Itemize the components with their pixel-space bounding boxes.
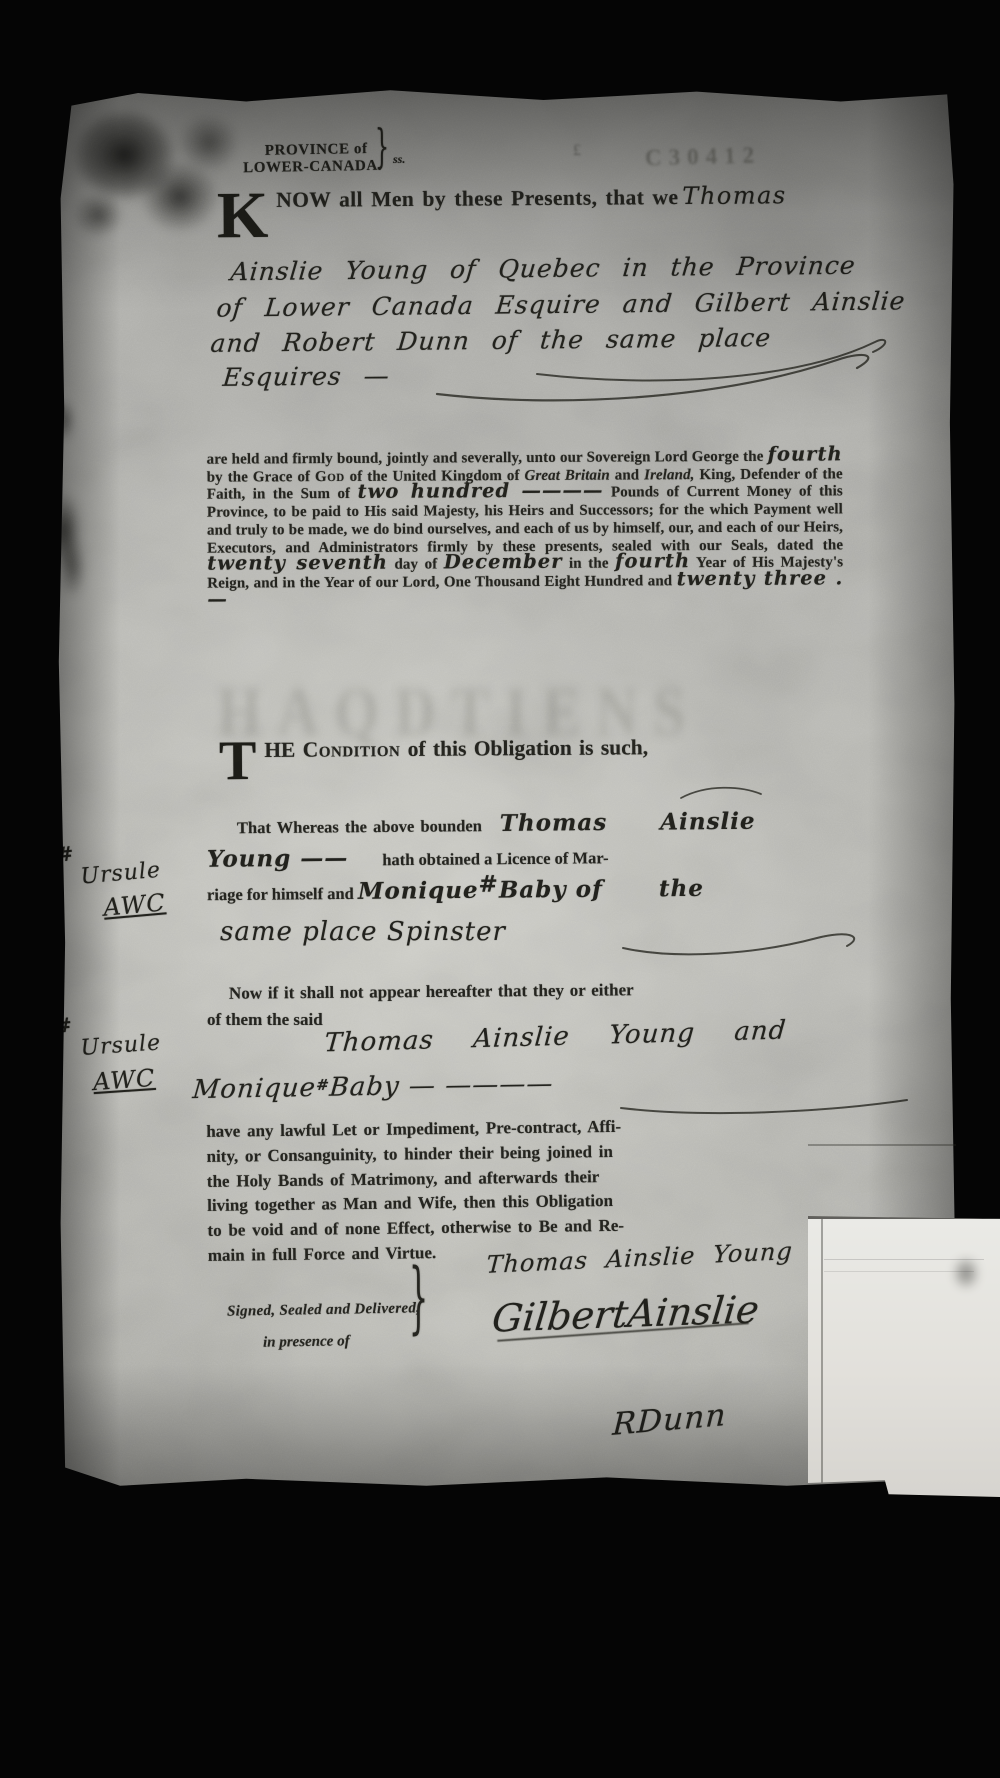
- condition-print-smallcaps: Condition: [303, 737, 401, 762]
- slip-stain: [946, 1249, 986, 1309]
- now-clause-handwritten: Thomas Ainslie Young and: [323, 1016, 787, 1059]
- underlying-page-edge: [808, 1144, 956, 1146]
- slip-edge-line: [821, 1219, 823, 1497]
- whereas-handwritten: the: [659, 875, 704, 902]
- bond-handwritten: two hundred ————: [357, 479, 603, 503]
- bond-handwritten: fourth: [768, 442, 843, 465]
- pen-flourish: [677, 780, 767, 806]
- now-clause-line: Now if it shall not appear hereafter tha…: [229, 980, 634, 1004]
- bond-handwritten: twenty seventh: [207, 551, 388, 575]
- bond-print: by the Grace of: [207, 469, 315, 486]
- stamp-mark: £: [573, 142, 581, 160]
- bond-print: are held and firmly bound, jointly and s…: [207, 449, 768, 468]
- whereas-line: That Whereas the above boundenThomas Ain…: [237, 814, 756, 839]
- pen-flourish: [617, 924, 877, 964]
- dropcap-k: K: [217, 188, 269, 244]
- whereas-line: riage for himself and Monique#Baby ofthe: [207, 881, 704, 905]
- scan-stage: HAQDTIENS PROVINCE of LOWER-CANADA. } ss…: [0, 0, 1000, 1778]
- bond-paragraph: are held and firmly bound, jointly and s…: [207, 448, 844, 611]
- margin-note: # Ursule AWC: [56, 834, 167, 926]
- stamp-number: C30412: [645, 142, 762, 171]
- handwriting-line: of Lower Canada Esquire and Gilbert Ains…: [215, 286, 907, 322]
- whereas-handwritten: Monique: [358, 877, 479, 905]
- whereas-handwritten: Young ——: [207, 845, 349, 873]
- bond-print: day of: [388, 557, 444, 573]
- province-header: PROVINCE of LOWER-CANADA.: [243, 141, 383, 177]
- whereas-handwritten: same place Spinster: [220, 917, 506, 947]
- whereas-print: That Whereas the above bounden: [237, 816, 482, 837]
- bond-handwritten: December: [444, 550, 563, 574]
- bond-print: in the: [562, 556, 615, 572]
- now-handwritten: Baby: [328, 1072, 401, 1103]
- province-line2: LOWER-CANADA.: [243, 158, 382, 177]
- bond-print-italic: Ireland,: [644, 467, 694, 483]
- whereas-print: riage for himself and: [207, 884, 358, 904]
- handwritten-name: Thomas: [682, 181, 786, 210]
- header-ss-abbr: ss.: [393, 152, 405, 167]
- handwriting-line: Ainslie Young of Quebec in the Province: [229, 251, 857, 287]
- signature-r-dunn: RDunn: [612, 1397, 728, 1443]
- bond-print-smallcaps: God: [315, 469, 345, 485]
- whereas-line: Young ——hath obtained a Licence of Mar-: [207, 848, 609, 872]
- whereas-handwritten: Thomas Ainslie: [500, 808, 756, 837]
- whereas-line: same place Spinster: [220, 917, 506, 947]
- edge-smudge: [49, 478, 91, 596]
- now-handwritten: Monique: [191, 1073, 317, 1105]
- attestation-brace: }: [409, 1254, 428, 1345]
- now-clause-line: of them the said: [207, 1010, 323, 1030]
- opening-paragraph: K NOW all Men by these Presents, that we…: [217, 184, 877, 245]
- insertion-caret: #: [478, 871, 499, 898]
- handwriting-line: Esquires —: [222, 361, 392, 392]
- margin-note: # Ursule AWC: [54, 1006, 164, 1098]
- margin-name: Ursule: [80, 1030, 162, 1061]
- attestation-line1: Signed, Sealed and Delivered,: [227, 1300, 421, 1320]
- header-brace: }: [375, 122, 389, 175]
- edge-smudge: [53, 392, 79, 448]
- pen-flourish: [417, 330, 895, 410]
- whereas-handwritten: Baby of: [499, 876, 603, 904]
- margin-initials: AWC: [102, 888, 167, 921]
- condition-heading: THE Condition of this Obligation is such…: [219, 734, 869, 785]
- whereas-print: hath obtained a Licence of Mar-: [382, 848, 608, 869]
- bond-print: and: [610, 467, 644, 483]
- now-handwritten: — ————: [398, 1069, 554, 1102]
- margin-initials: AWC: [92, 1063, 164, 1096]
- condition-print: of this Obligation is such,: [400, 735, 648, 761]
- province-line1: PROVINCE of: [265, 141, 382, 160]
- attestation-line2: in presence of: [263, 1333, 350, 1352]
- opening-printed-text: NOW all Men by these Presents, that we: [276, 185, 678, 212]
- paper-slip: [808, 1216, 1000, 1497]
- dropcap-t: T: [219, 738, 257, 784]
- condition-print: HE: [264, 738, 303, 762]
- now-clause-handwritten: Monique#Baby — ————: [191, 1069, 554, 1105]
